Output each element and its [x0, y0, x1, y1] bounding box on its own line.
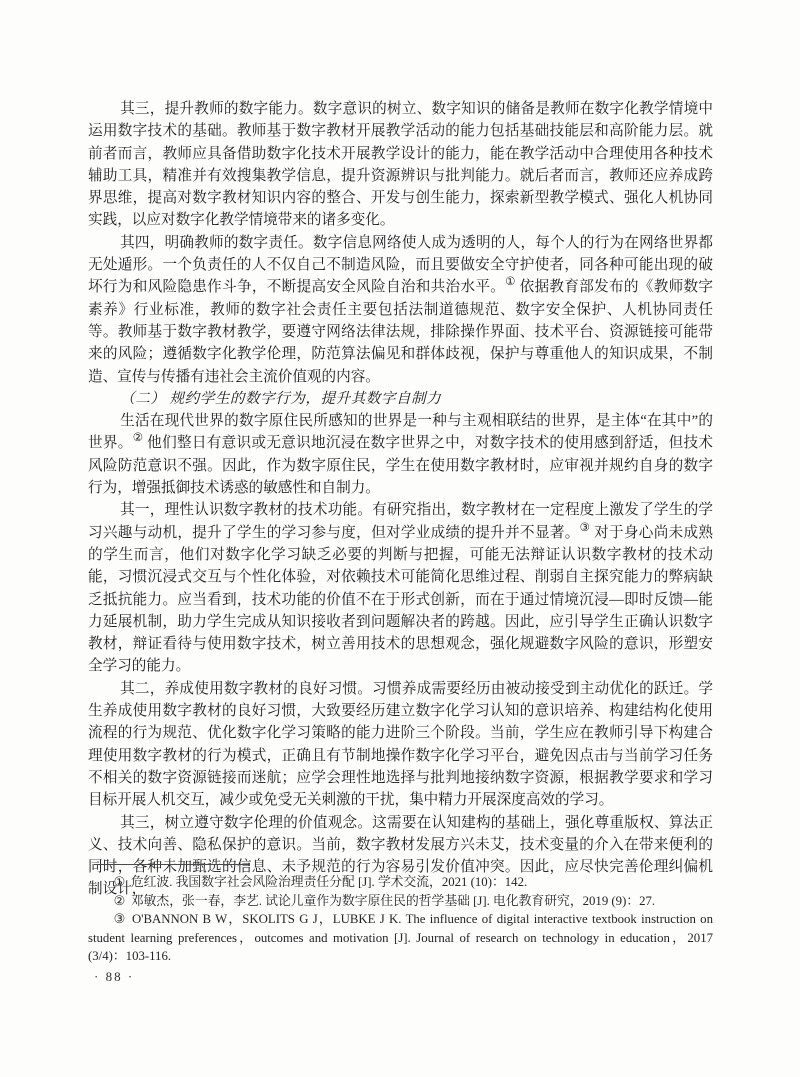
footnote-text: 邓敏杰，张一春，李艺. 试论儿童作为数字原住民的哲学基础 [J]. 电化教育研究…	[131, 894, 655, 908]
footnote-marker: ②	[114, 894, 125, 908]
footnote-item: ①危红波. 我国数字社会风险治理责任分配 [J]. 学术交流，2021 (10)…	[88, 873, 713, 892]
footnote-ref: ②	[133, 433, 144, 445]
section-heading: （二） 规约学生的数字行为，提升其数字自制力	[88, 388, 713, 410]
footnote-ref: ①	[505, 277, 516, 289]
article-body: 其三，提升教师的数字能力。数字意识的树立、数字知识的储备是教师在数字化教学情境中…	[88, 98, 713, 901]
paragraph-student-rational-understanding: 其一，理性认识数字教材的技术功能。有研究指出，数字教材在一定程度上激发了学生的学…	[88, 499, 713, 677]
paragraph-digital-natives: 生活在现代世界的数字原住民所感知的世界是一种与主观相联结的世界，是主体“在其中”…	[88, 410, 713, 499]
footnote-marker: ③	[114, 912, 127, 926]
footnote-text: O'BANNON B W，SKOLITS G J，LUBKE J K. The …	[88, 912, 713, 963]
footnote-marker: ①	[114, 875, 125, 889]
footnote-divider	[94, 864, 250, 865]
footnote-text: 危红波. 我国数字社会风险治理责任分配 [J]. 学术交流，2021 (10)：…	[131, 875, 527, 889]
paragraph-teacher-digital-responsibility: 其四，明确教师的数字责任。数字信息网络使人成为透明的人，每个人的行为在网络世界都…	[88, 232, 713, 388]
footnote-ref: ③	[580, 522, 591, 534]
footnotes-section: ①危红波. 我国数字社会风险治理责任分配 [J]. 学术交流，2021 (10)…	[88, 858, 713, 966]
paragraph-teacher-digital-ability: 其三，提升教师的数字能力。数字意识的树立、数字知识的储备是教师在数字化教学情境中…	[88, 98, 713, 232]
footnote-item: ③O'BANNON B W，SKOLITS G J，LUBKE J K. The…	[88, 910, 713, 966]
paragraph-student-good-habits: 其二，养成使用数字教材的良好习惯。习惯养成需要经历由被动接受到主动优化的跃迁。学…	[88, 678, 713, 812]
document-page: 其三，提升教师的数字能力。数字意识的树立、数字知识的储备是教师在数字化教学情境中…	[0, 0, 800, 1077]
page-number: · 88 ·	[94, 969, 134, 985]
footnote-item: ②邓敏杰，张一春，李艺. 试论儿童作为数字原住民的哲学基础 [J]. 电化教育研…	[88, 892, 713, 911]
